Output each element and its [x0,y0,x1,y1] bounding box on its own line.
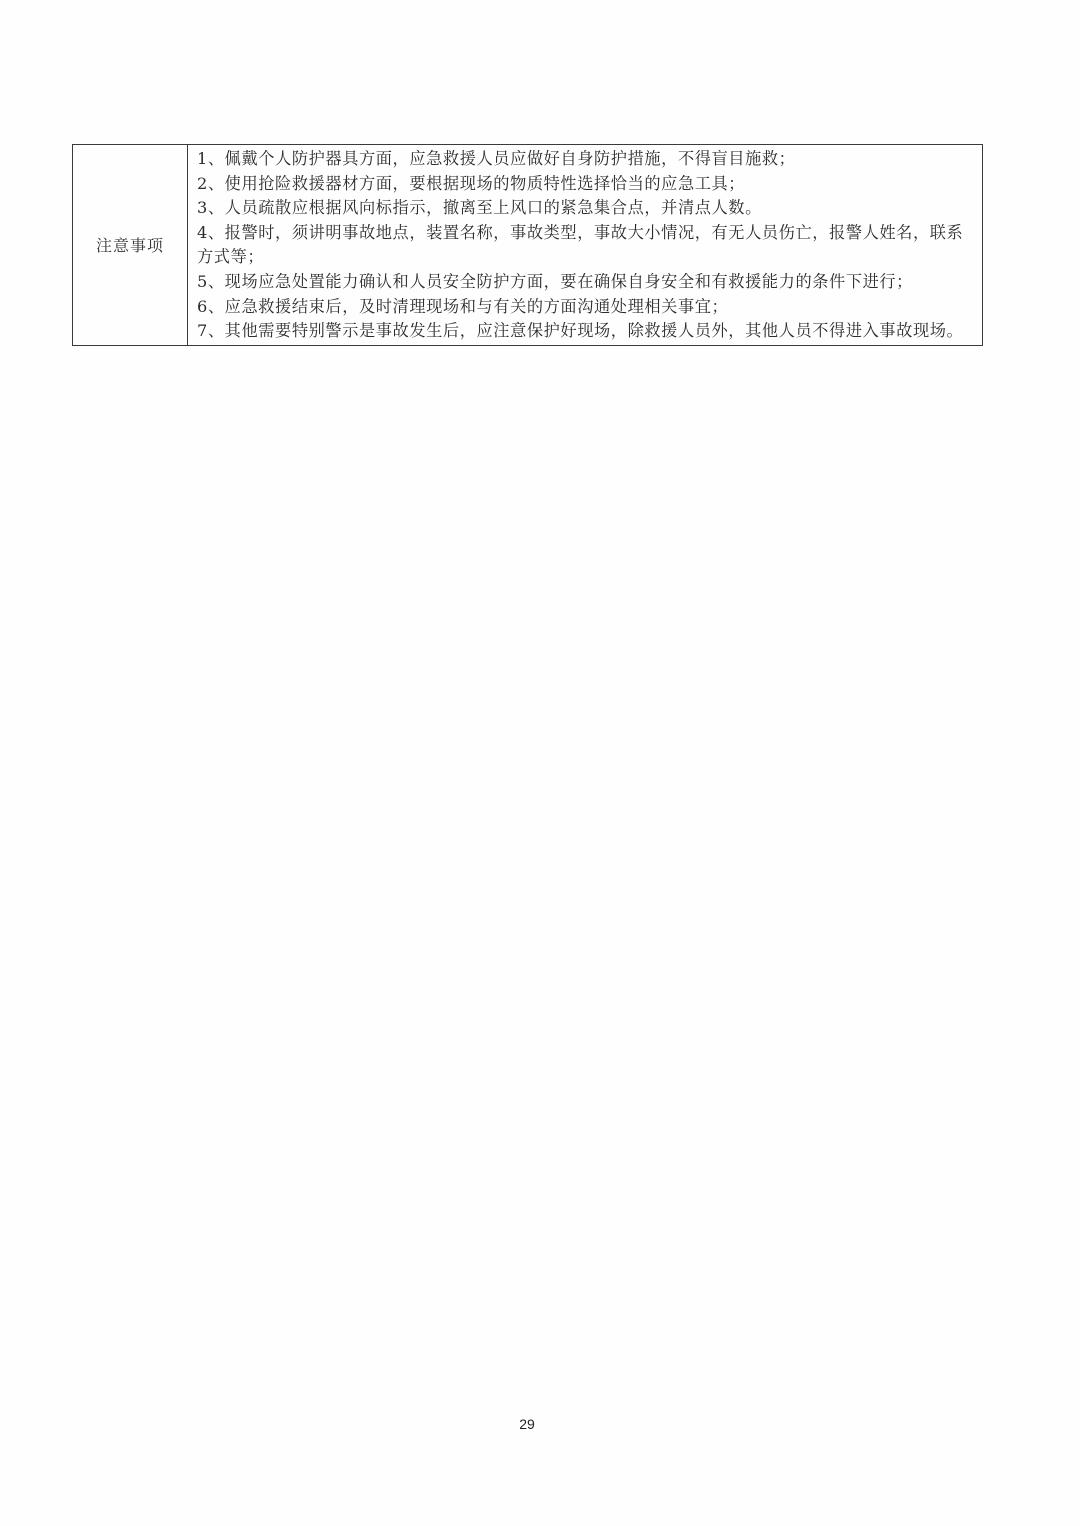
precautions-label: 注意事项 [73,145,188,346]
precautions-table: 注意事项 1、佩戴个人防护器具方面，应急救援人员应做好自身防护措施，不得盲目施救… [72,144,983,346]
list-item: 7、其他需要特别警示是事故发生后，应注意保护好现场，除救援人员外，其他人员不得进… [197,319,976,344]
list-item: 2、使用抢险救援器材方面，要根据现场的物质特性选择恰当的应急工具； [197,172,976,197]
list-item: 6、应急救援结束后，及时清理现场和与有关的方面沟通处理相关事宜； [197,295,976,320]
list-item: 3、人员疏散应根据风向标指示，撤离至上风口的紧急集合点，并清点人数。 [197,196,976,221]
document-page: 注意事项 1、佩戴个人防护器具方面，应急救援人员应做好自身防护措施，不得盲目施救… [0,0,1080,1526]
page-number-text: 29 [519,1416,535,1432]
list-item: 5、现场应急处置能力确认和人员安全防护方面，要在确保自身安全和有救援能力的条件下… [197,270,976,295]
table-row: 注意事项 1、佩戴个人防护器具方面，应急救援人员应做好自身防护措施，不得盲目施救… [73,145,983,346]
precautions-content: 1、佩戴个人防护器具方面，应急救援人员应做好自身防护措施，不得盲目施救； 2、使… [188,145,983,346]
page-number: 29 [0,1416,1080,1432]
list-item: 1、佩戴个人防护器具方面，应急救援人员应做好自身防护措施，不得盲目施救； [197,147,976,172]
list-item: 4、报警时，须讲明事故地点，装置名称，事故类型，事故大小情况，有无人员伤亡，报警… [197,221,976,270]
